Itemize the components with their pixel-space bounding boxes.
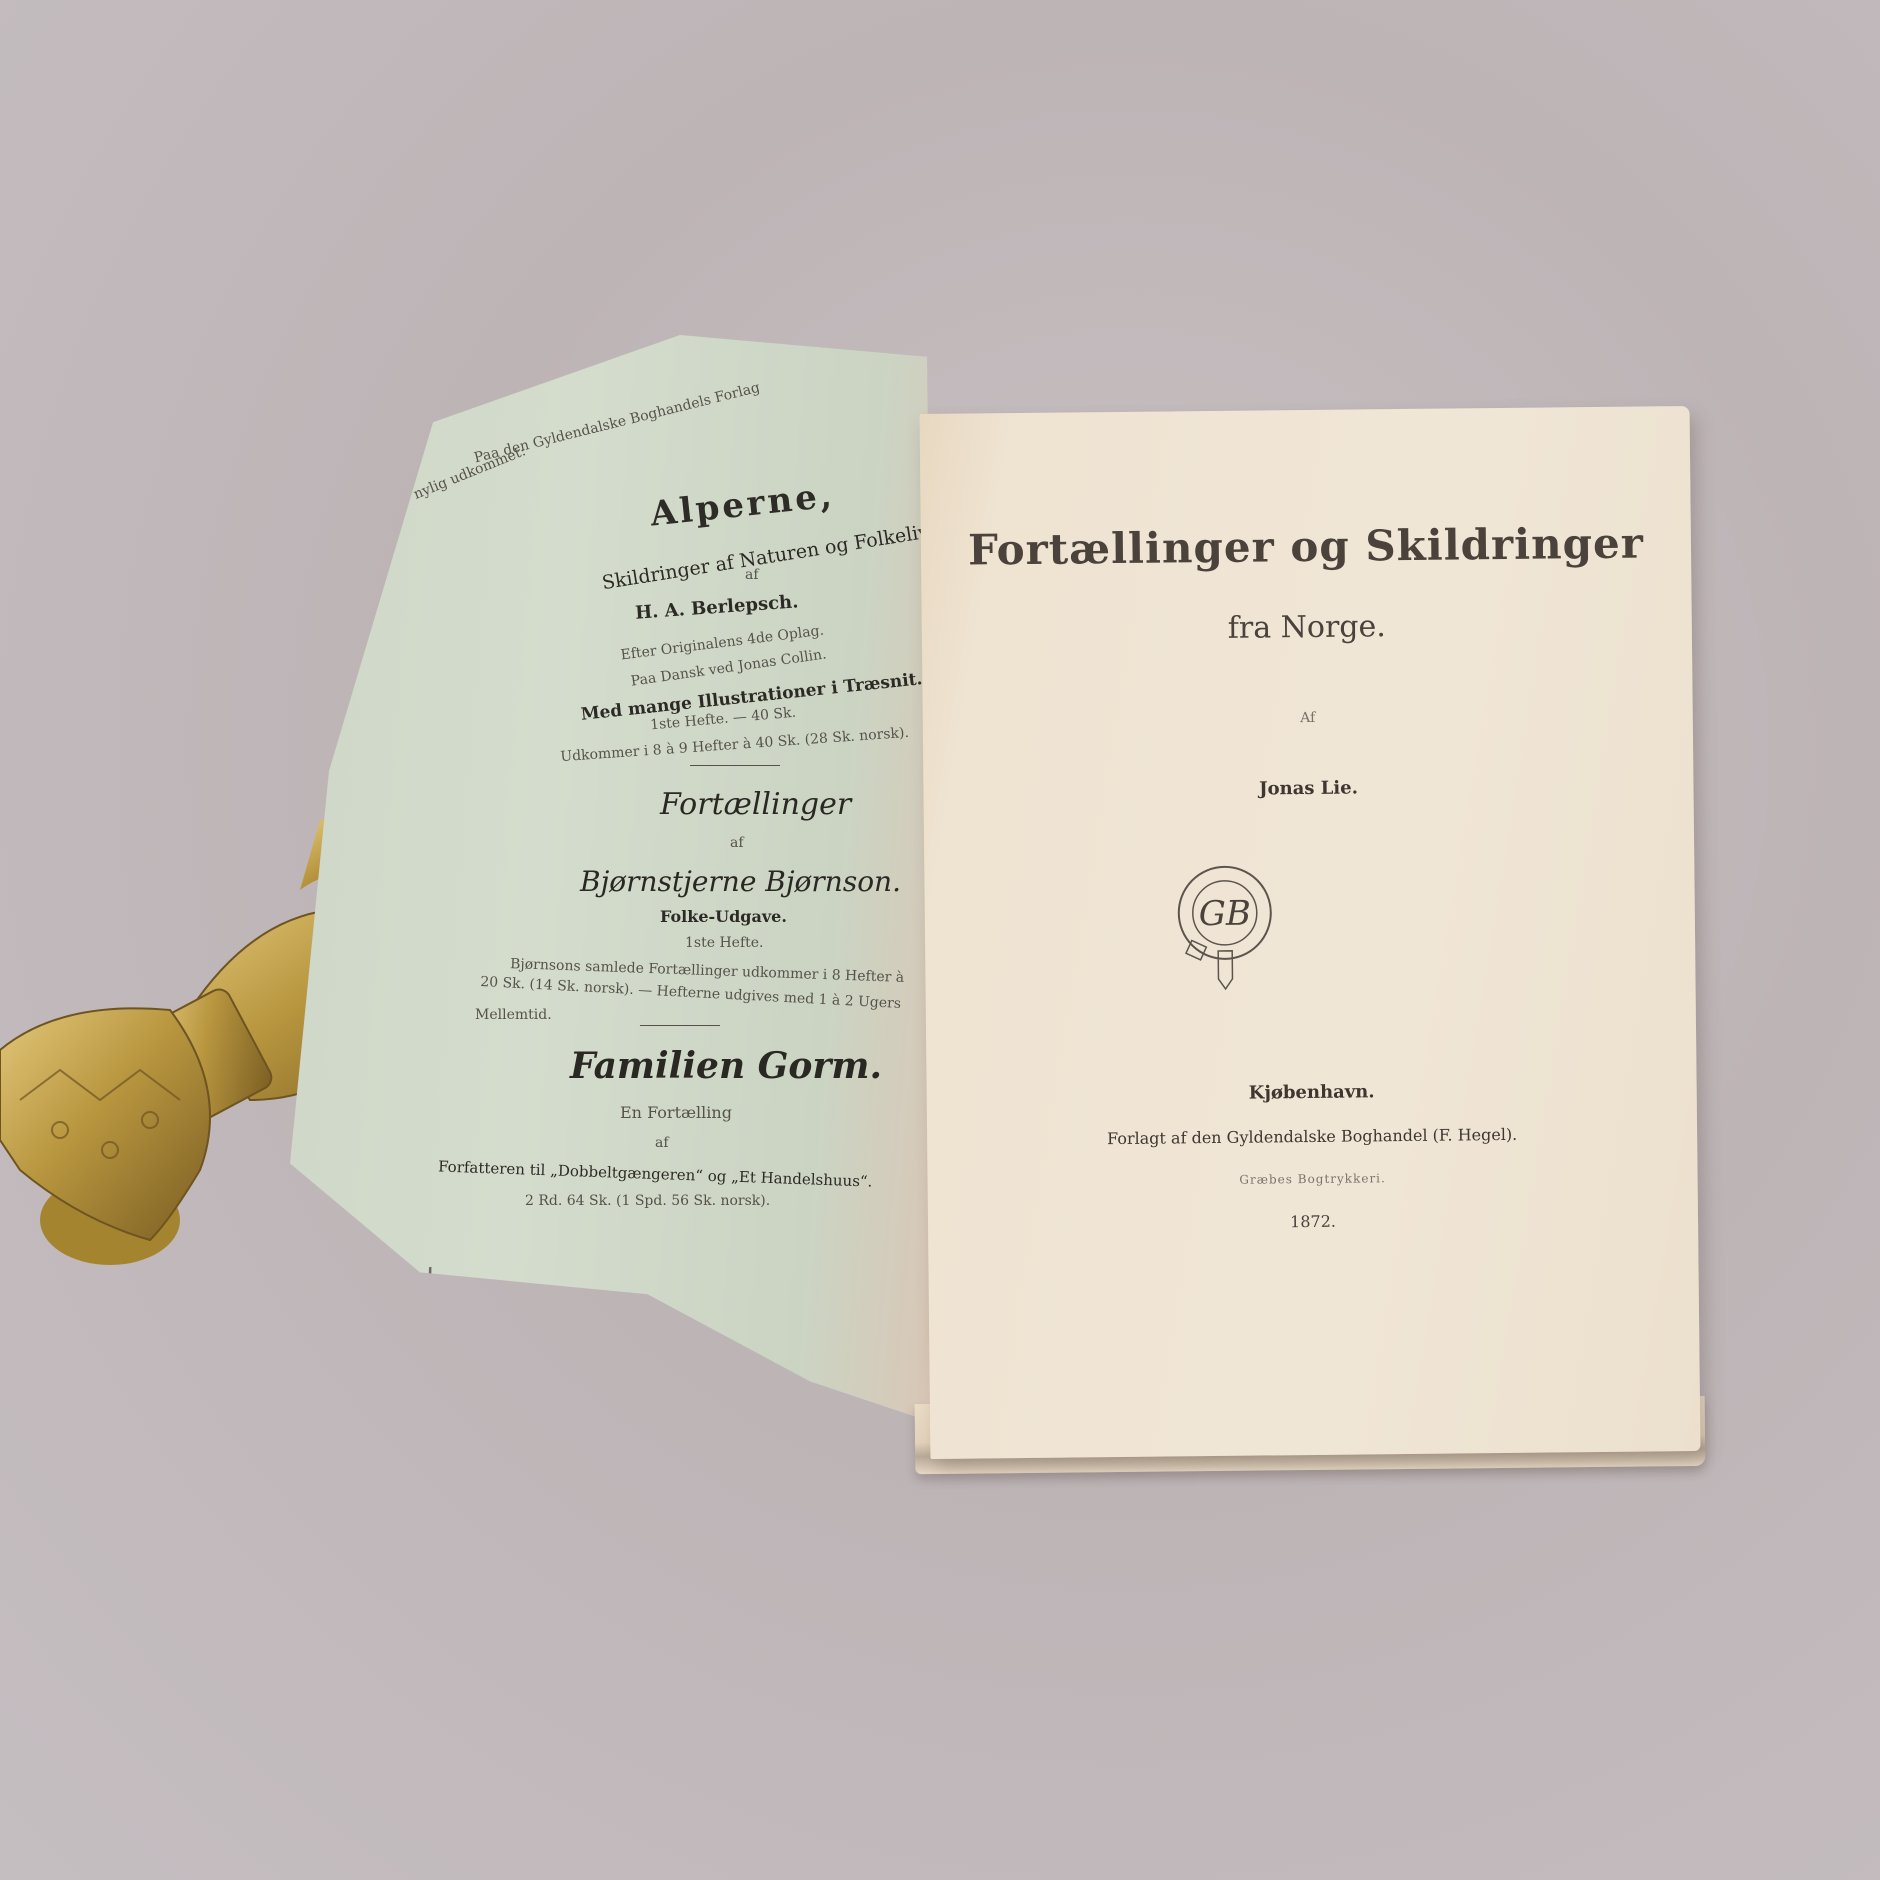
book-author: Jonas Lie. xyxy=(923,774,1693,803)
ad3-subtitle: En Fortælling xyxy=(620,1103,732,1122)
ad1-by: af xyxy=(745,567,759,583)
ad1-author: H. A. Berlepsch. xyxy=(634,591,799,623)
ad1-issue-info: Udkommer i 8 à 9 Hefter à 40 Sk. (28 Sk.… xyxy=(560,725,910,765)
ad2-author: Bjørnstjerne Bjørnson. xyxy=(580,865,901,898)
ad3-by: af xyxy=(655,1135,669,1151)
handwritten-note-line2: B. N. IV 1475. xyxy=(369,1302,563,1352)
book-subtitle: fra Norge. xyxy=(922,606,1692,649)
divider-2 xyxy=(640,1025,720,1026)
divider-1 xyxy=(690,765,780,766)
printer-line: Græbes Bogtrykkeri. xyxy=(928,1168,1698,1190)
ad3-author-line: Forfatteren til „Dobbeltgængeren“ og „Et… xyxy=(438,1157,873,1190)
ad2-title: Fortællinger xyxy=(660,787,851,822)
ad2-by: af xyxy=(730,835,744,851)
publication-year: 1872. xyxy=(928,1208,1698,1235)
ad1-title: Alperne, xyxy=(648,475,836,534)
monogram-emblem-icon: GB xyxy=(1169,860,1280,1001)
ad3-title: Familien Gorm. xyxy=(570,1045,882,1087)
svg-text:GB: GB xyxy=(1199,894,1252,935)
ad2-issue-info-line3: Mellemtid. xyxy=(475,1007,552,1023)
ad1-intro-line2: nylig udkommet: xyxy=(411,443,528,503)
book-title: Fortællinger og Skildringer xyxy=(921,518,1691,575)
publication-city: Kjøbenhavn. xyxy=(927,1078,1697,1107)
ad2-edition: Folke-Udgave. xyxy=(660,907,787,926)
photo-scene: Paa den Gyldendalske Boghandels Forlag n… xyxy=(0,0,1880,1880)
by-label: Af xyxy=(923,706,1693,730)
ad3-price: 2 Rd. 64 Sk. (1 Spd. 56 Sk. norsk). xyxy=(525,1193,770,1209)
ad2-first-part: 1ste Hefte. xyxy=(685,935,764,951)
title-page: Fortællinger og Skildringer fra Norge. A… xyxy=(920,406,1701,1459)
publisher-line: Forlagt af den Gyldendalske Boghandel (F… xyxy=(927,1123,1697,1150)
